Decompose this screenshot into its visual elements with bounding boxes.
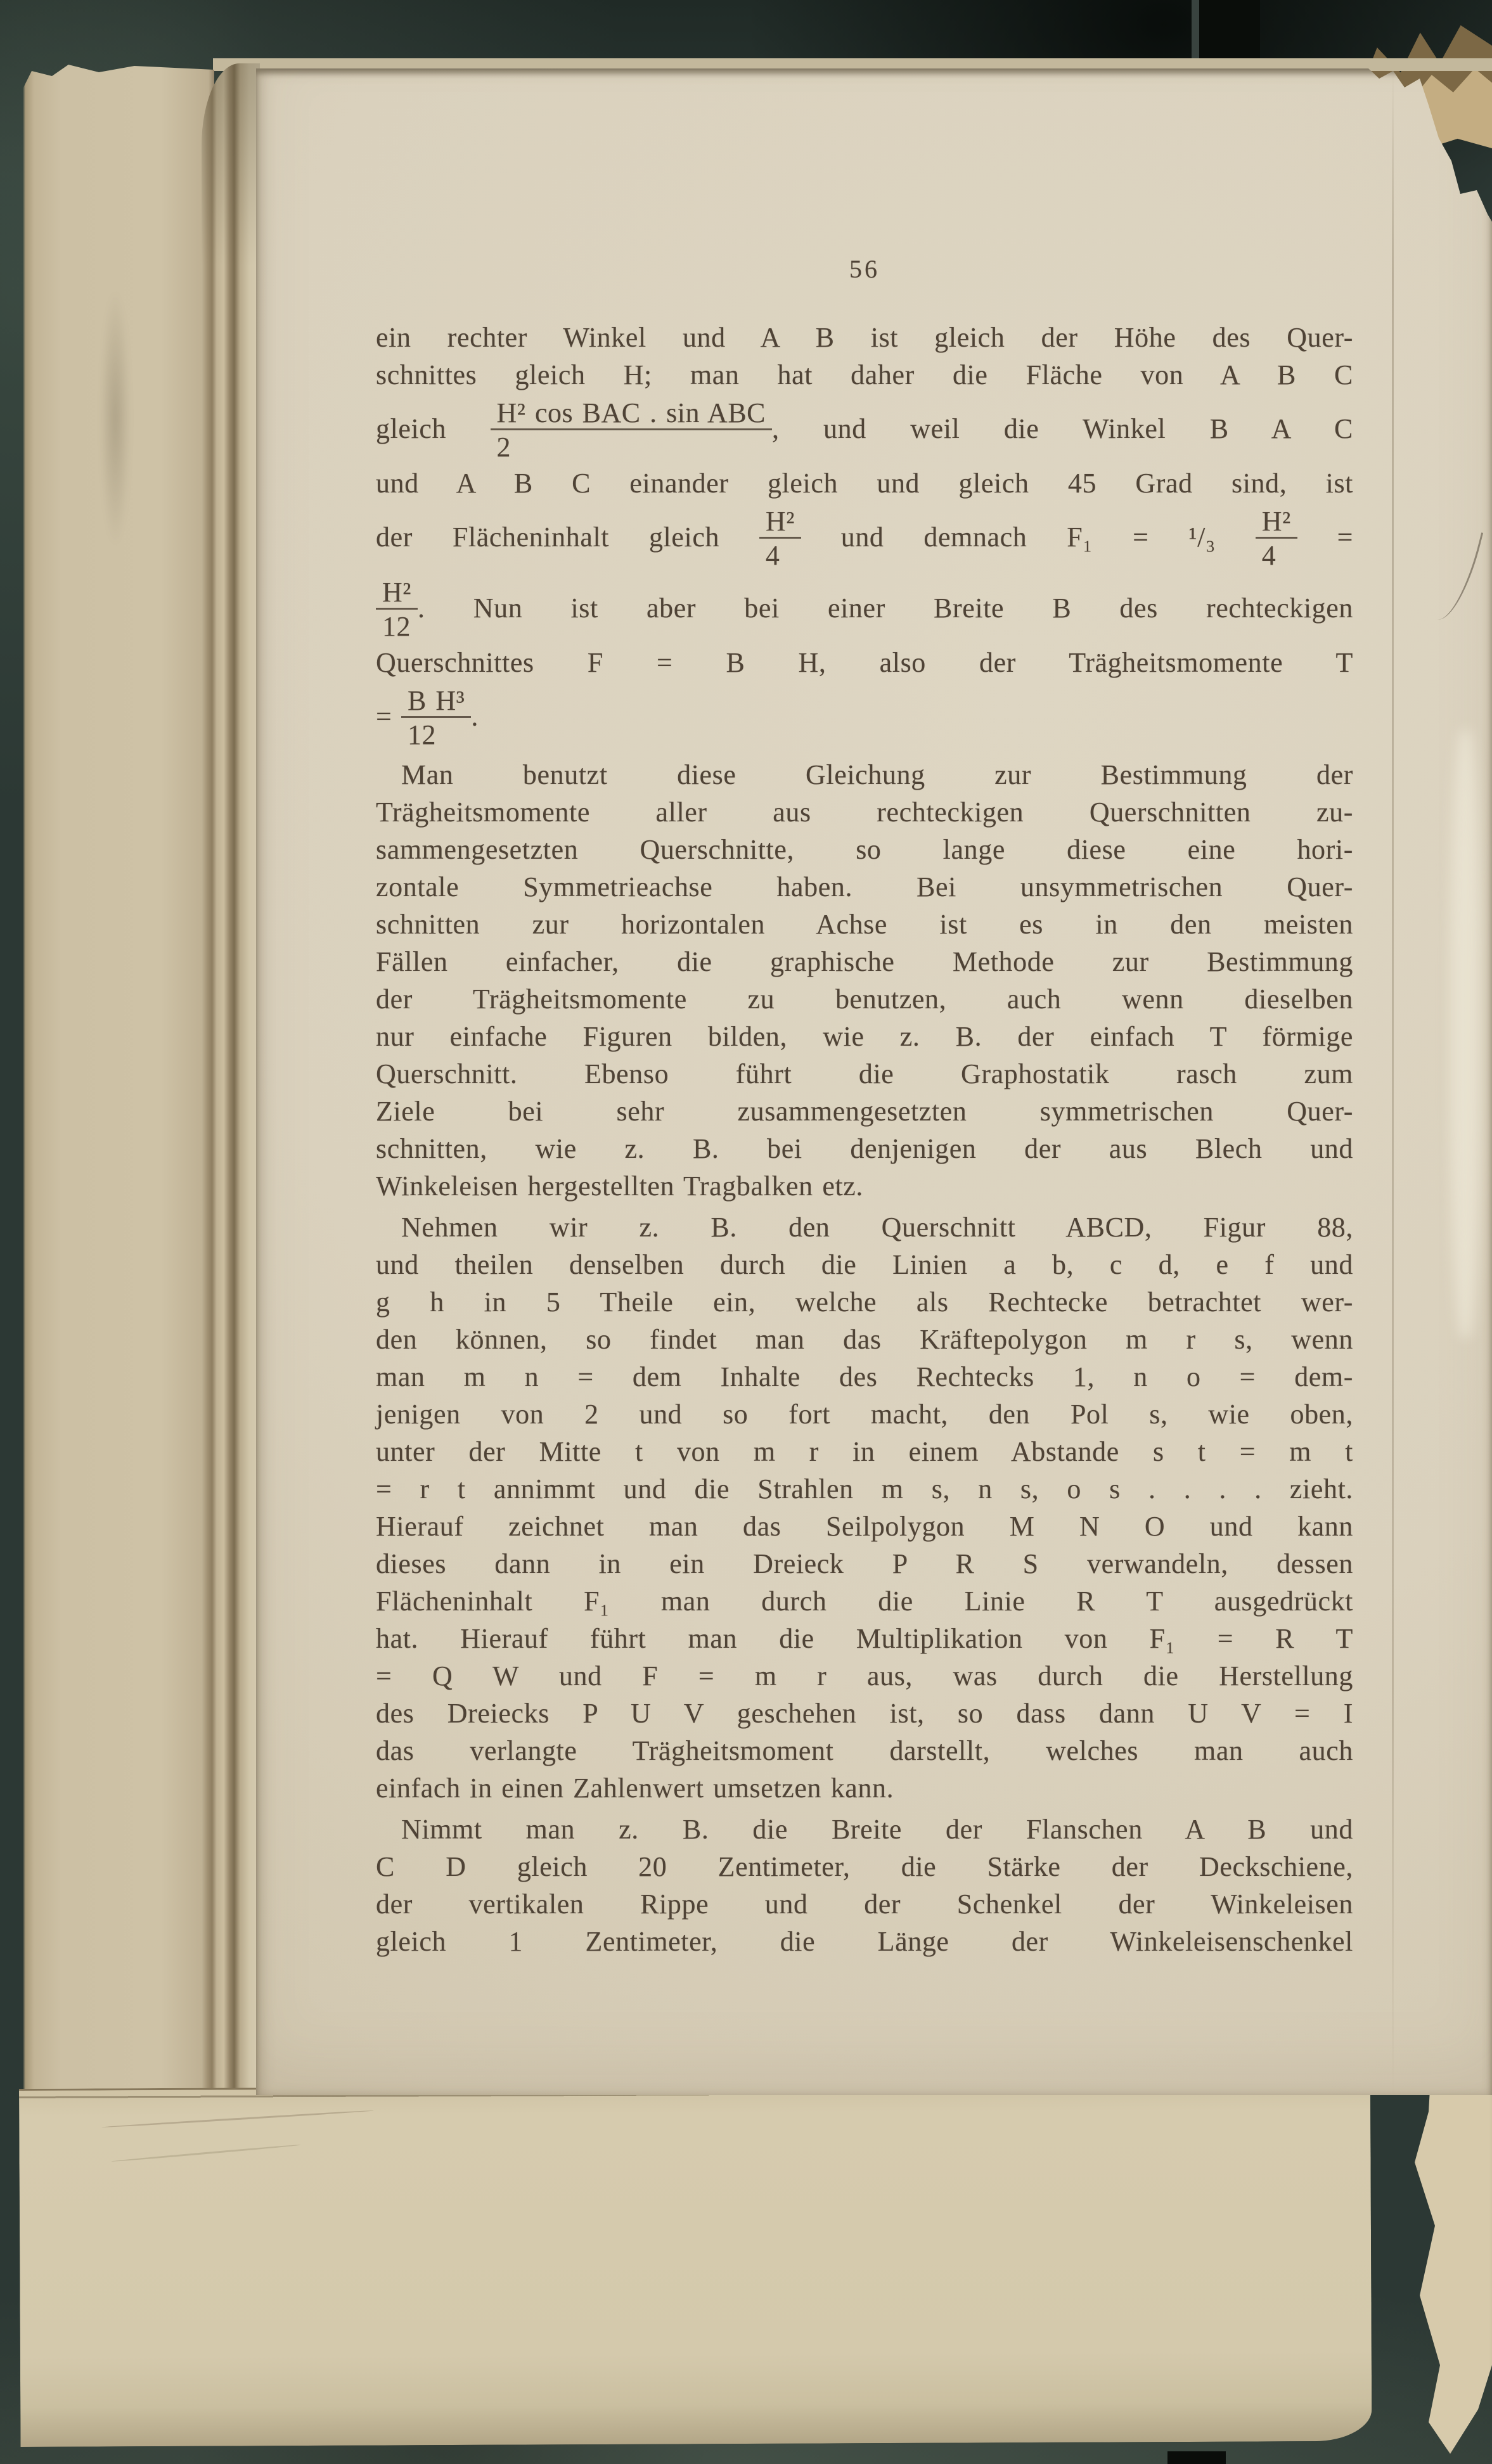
text-line: man m n = dem Inhalte des Rechtecks 1, n…: [376, 1358, 1353, 1396]
fiber-hair: [1422, 523, 1483, 626]
fraction: H² cos BAC . sin ABC2: [491, 398, 772, 462]
text-line: Hierauf zeichnet man das Seilpolygon M N…: [376, 1508, 1353, 1545]
text-line: schnittes gleich H; man hat daher die Fl…: [376, 356, 1353, 394]
text-line: der vertikalen Rippe und der Schenkel de…: [376, 1885, 1353, 1923]
text-line: Flächeninhalt F₁ man durch die Linie R T…: [376, 1582, 1353, 1620]
text-line: H²12. Nun ist aber bei einer Breite B de…: [376, 573, 1353, 644]
book-scan-page: 56 ein rechter Winkel und A B ist gleich…: [0, 0, 1492, 2464]
text-line: Winkeleisen hergestellten Tragbalken etz…: [376, 1167, 1353, 1205]
spine-clasp-bottom: [1167, 2451, 1226, 2464]
text-line: unter der Mitte t von m r in einem Absta…: [376, 1433, 1353, 1470]
text-line: Man benutzt diese Gleichung zur Bestimmu…: [376, 756, 1353, 793]
fraction: H²4: [1256, 506, 1297, 570]
text-line: gleich 1 Zentimeter, die Länge der Winke…: [376, 1923, 1353, 1960]
text-line: Nehmen wir z. B. den Querschnitt ABCD, F…: [376, 1209, 1353, 1246]
main-page: 56 ein rechter Winkel und A B ist gleich…: [256, 68, 1492, 2097]
text-line: Ziele bei sehr zusammengesetzten symmetr…: [376, 1093, 1353, 1130]
text-line: nur einfache Figuren bilden, wie z. B. d…: [376, 1018, 1353, 1055]
text-line: schnitten zur horizontalen Achse ist es …: [376, 906, 1353, 943]
text-lines: ein rechter Winkel und A B ist gleich de…: [376, 319, 1353, 1960]
flyleaf-smudge: [95, 247, 136, 589]
text-line: = r t annimmt und die Strahlen m s, n s,…: [376, 1470, 1353, 1508]
text-line: sammengesetzten Querschnitte, so lange d…: [376, 831, 1353, 868]
text-line: ein rechter Winkel und A B ist gleich de…: [376, 319, 1353, 356]
text-line: gleich H² cos BAC . sin ABC2, und weil d…: [376, 394, 1353, 465]
text-line: Querschnittes F = B H, also der Trägheit…: [376, 644, 1353, 681]
fraction: H²12: [376, 577, 418, 641]
text-line: schnitten, wie z. B. bei denjenigen der …: [376, 1130, 1353, 1167]
text-line: einfach in einen Zahlenwert umsetzen kan…: [376, 1769, 1353, 1807]
text-line: = B H³12.: [376, 681, 1353, 752]
page-crease: [1392, 70, 1394, 2097]
gutter-page-edges: [202, 63, 260, 2095]
text-line: der Trägheitsmomente zu benutzen, auch w…: [376, 980, 1353, 1018]
text-line: dieses dann in ein Dreieck P R S verwand…: [376, 1545, 1353, 1582]
text-line: Querschnitt. Ebenso führt die Graphostat…: [376, 1055, 1353, 1093]
text-line: jenigen von 2 und so fort macht, den Pol…: [376, 1396, 1353, 1433]
text-line: des Dreiecks P U V geschehen ist, so das…: [376, 1695, 1353, 1732]
fraction: B H³12: [401, 686, 471, 750]
fraction: H²4: [759, 506, 801, 570]
text-line: den können, so findet man das Kräftepoly…: [376, 1321, 1353, 1358]
page-fold-highlight: [1450, 729, 1481, 1338]
text-line: das verlangte Trägheitsmoment darstellt,…: [376, 1732, 1353, 1769]
text-line: Fällen einfacher, die graphische Methode…: [376, 943, 1353, 980]
text-line: der Flächeninhalt gleich H²4 und demnach…: [376, 502, 1353, 573]
text-line: g h in 5 Theile ein, welche als Rechteck…: [376, 1283, 1353, 1321]
text-line: Nimmt man z. B. die Breite der Flanschen…: [376, 1811, 1353, 1848]
text-line: zontale Symmetrieachse haben. Bei unsymm…: [376, 868, 1353, 906]
text-line: und A B C einander gleich und gleich 45 …: [376, 465, 1353, 502]
text-line: = Q W und F = m r aus, was durch die Her…: [376, 1657, 1353, 1695]
text-block: 56 ein rechter Winkel und A B ist gleich…: [376, 254, 1353, 1960]
text-line: und theilen denselben durch die Linien a…: [376, 1246, 1353, 1283]
text-line: hat. Hierauf führt man die Multiplikatio…: [376, 1620, 1353, 1657]
bottom-page-stack: [19, 2083, 1372, 2447]
spine-clasp-top: [1192, 0, 1260, 61]
text-line: Trägheitsmomente aller aus rechteckigen …: [376, 793, 1353, 831]
page-number: 56: [376, 254, 1353, 285]
text-line: C D gleich 20 Zentimeter, die Stärke der…: [376, 1848, 1353, 1885]
